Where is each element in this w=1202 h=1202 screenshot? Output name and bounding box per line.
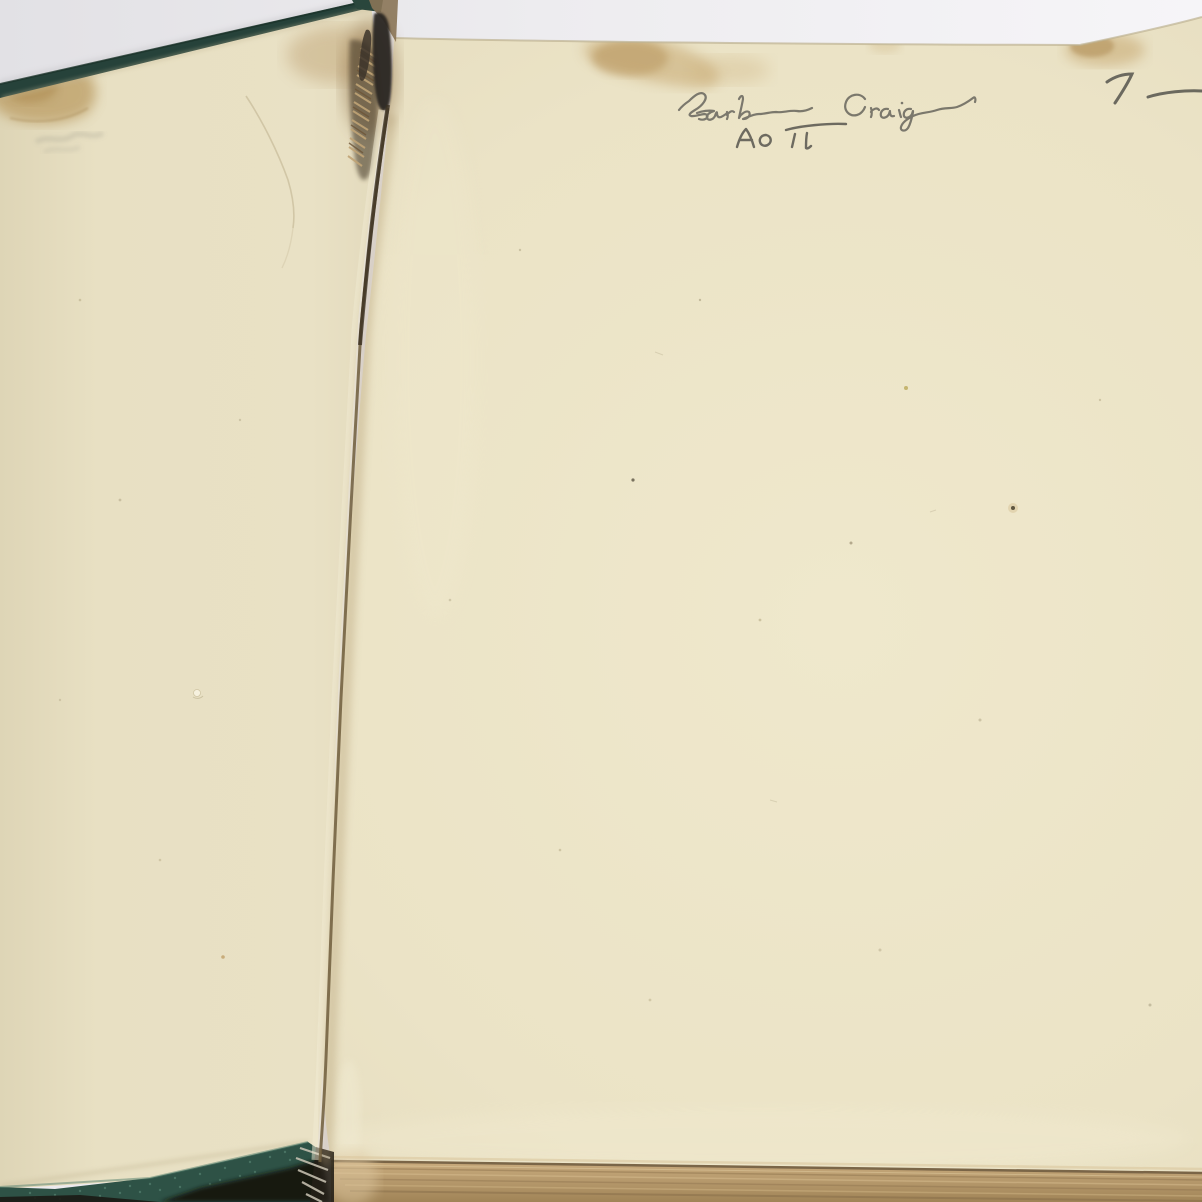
book-photo-canvas: Antique green cloth-bound book lying ope…: [0, 0, 1202, 1202]
book-photo: Barb Craig ΑΟΠ 7 — Antique green cloth-b…: [0, 0, 1202, 1202]
flyleaf-page: [322, 17, 1202, 1174]
